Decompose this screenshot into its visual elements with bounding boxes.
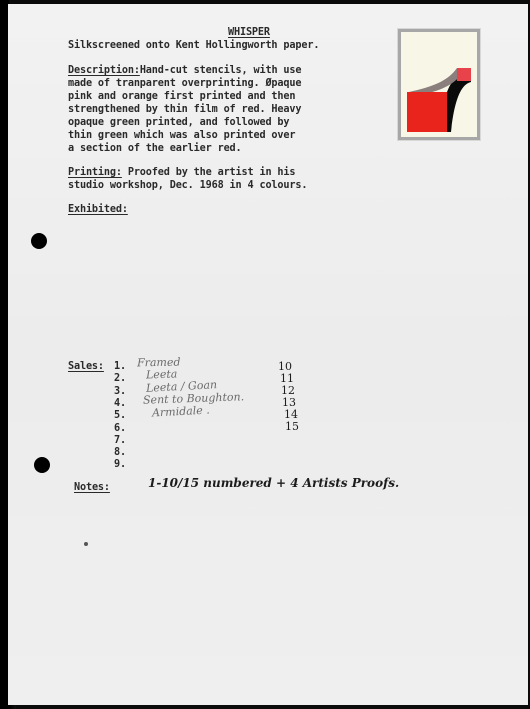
description-line: thin green which was also printed over bbox=[68, 129, 295, 142]
sales-item-number: 7. bbox=[114, 434, 126, 447]
sales-item-number: 2. bbox=[114, 372, 126, 385]
subtitle: Silkscreened onto Kent Hollingworth pape… bbox=[68, 39, 319, 52]
artwork-image-icon bbox=[401, 32, 477, 137]
exhibited-label: Exhibited: bbox=[68, 203, 128, 216]
description-line: strengthened by thin film of red. Heavy bbox=[68, 103, 301, 116]
printing-line: Proofed by the artist in his bbox=[122, 167, 296, 178]
punch-hole bbox=[31, 233, 47, 249]
sales-item-number: 6. bbox=[114, 422, 126, 435]
sales-label: Sales: bbox=[68, 360, 104, 373]
page-title: WHISPER bbox=[228, 26, 270, 39]
description-line: Hand-cut stencils, with use bbox=[140, 65, 302, 76]
sales-item-number: 8. bbox=[114, 446, 126, 459]
description-label: Description: bbox=[68, 65, 140, 76]
paper-speck bbox=[84, 542, 88, 546]
description-block: Description:Hand-cut stencils, with use bbox=[68, 64, 301, 77]
sales-item-number: 4. bbox=[114, 397, 126, 410]
printing-label: Printing: bbox=[68, 167, 122, 178]
printing-line: studio workshop, Dec. 1968 in 4 colours. bbox=[68, 179, 307, 192]
sales-item-number: 5. bbox=[114, 409, 126, 422]
artwork-thumbnail bbox=[398, 29, 480, 140]
punch-hole bbox=[34, 457, 50, 473]
description-line: opaque green printed, and followed by bbox=[68, 116, 289, 129]
sales-item-number: 1. bbox=[114, 360, 126, 373]
description-line: pink and orange first printed and then bbox=[68, 90, 295, 103]
notes-label: Notes: bbox=[74, 481, 110, 494]
description-line: made of tranparent overprinting. Øpaque bbox=[68, 77, 301, 90]
sales-item-number: 3. bbox=[114, 385, 126, 398]
notes-value: 1-10/15 numbered + 4 Artists Proofs. bbox=[148, 476, 399, 490]
sales-item-edition: 15 bbox=[285, 420, 299, 433]
description-line: a section of the earlier red. bbox=[68, 142, 242, 155]
printing-block: Printing: Proofed by the artist in his bbox=[68, 166, 295, 179]
sales-item-number: 9. bbox=[114, 458, 126, 471]
